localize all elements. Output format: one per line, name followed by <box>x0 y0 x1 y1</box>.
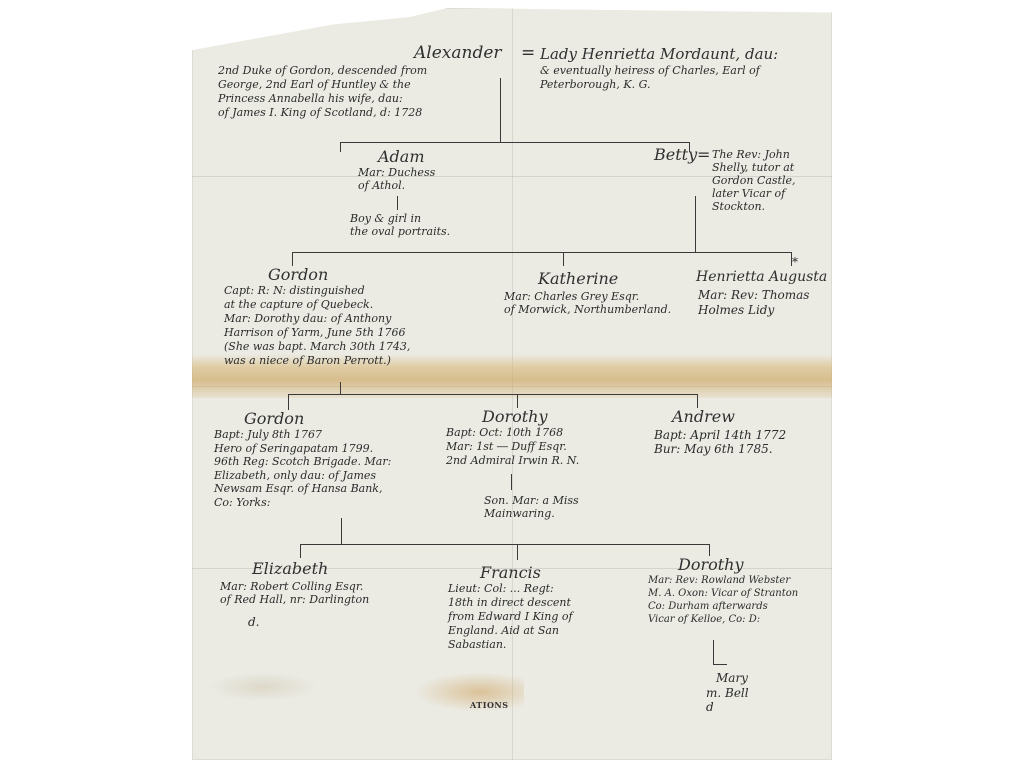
tree-line <box>340 382 341 394</box>
tree-line <box>713 640 714 664</box>
mary-name: Mary <box>716 672 748 685</box>
betty-name: Betty <box>654 146 697 164</box>
andrew-note: Bapt: April 14th 1772 Bur: May 6th 1785. <box>654 428 786 456</box>
gordon-gen3-name: Gordon <box>268 266 328 284</box>
tree-line <box>292 252 293 266</box>
tree-line <box>697 394 698 408</box>
gordon-gen4-note: Bapt: July 8th 1767 Hero of Seringapatam… <box>214 428 391 509</box>
katherine-note: Mar: Charles Grey Esqr. of Morwick, Nort… <box>504 290 671 316</box>
marriage-symbol: = <box>521 44 535 63</box>
adam-child-note: Boy & girl in the oval portraits. <box>350 212 450 238</box>
marriage-symbol: = <box>697 146 710 164</box>
katherine-name: Katherine <box>538 270 618 288</box>
tree-line <box>517 394 518 408</box>
tree-line <box>500 78 501 142</box>
elizabeth-name: Elizabeth <box>252 560 328 578</box>
mary-note: m. Bell d <box>706 686 749 714</box>
tree-line <box>397 196 398 210</box>
alexander-name: Alexander <box>414 44 502 63</box>
henrietta-mordaunt-name: Lady Henrietta Mordaunt, dau: <box>540 45 778 63</box>
betty-spouse: The Rev: John Shelly, tutor at Gordon Ca… <box>712 148 795 213</box>
tree-line <box>517 544 518 560</box>
adam-name: Adam <box>378 148 425 166</box>
faded-stain <box>208 672 318 702</box>
tree-line <box>511 474 512 490</box>
elizabeth-note: Mar: Robert Colling Esqr. of Red Hall, n… <box>220 580 369 606</box>
dorothy-gen4-note: Bapt: Oct: 10th 1768 Mar: 1st ― Duff Esq… <box>446 426 579 468</box>
tree-line <box>563 252 564 266</box>
asterisk-marker: * <box>792 256 798 269</box>
tree-line <box>341 518 342 544</box>
tree-line <box>292 252 792 253</box>
adam-note: Mar: Duchess of Athol. <box>358 166 435 192</box>
tree-line <box>300 544 710 545</box>
tree-line <box>288 394 289 410</box>
dorothy-gen4-child-note: Son. Mar: a Miss Mainwaring. <box>484 494 579 520</box>
henrietta-mordaunt-note: & eventually heiress of Charles, Earl of… <box>540 64 760 92</box>
dorothy-gen4-name: Dorothy <box>482 408 548 426</box>
dorothy-gen5-name: Dorothy <box>678 556 744 574</box>
henrietta-augusta-note: Mar: Rev: Thomas Holmes Lidy <box>698 288 809 318</box>
alexander-note: 2nd Duke of Gordon, descended from Georg… <box>218 64 427 120</box>
document-page: ATIONS Alexander = Lady Henrietta Mordau… <box>0 0 1024 768</box>
francis-note: Lieut: Col: ... Regt: 18th in direct des… <box>448 582 573 652</box>
tree-line <box>340 142 690 143</box>
tree-line <box>713 664 727 665</box>
dorothy-gen5-note: Mar: Rev: Rowland Webster M. A. Oxon: Vi… <box>648 574 798 626</box>
tree-line <box>340 142 341 152</box>
tree-line <box>288 394 698 395</box>
tree-line <box>300 544 301 558</box>
andrew-name: Andrew <box>672 408 735 426</box>
henrietta-augusta-name: Henrietta Augusta <box>696 268 827 286</box>
label-remnant-text: ATIONS <box>470 700 509 710</box>
elizabeth-child-note: d. <box>248 616 260 629</box>
tree-line <box>695 196 696 252</box>
gordon-gen4-name: Gordon <box>244 410 304 428</box>
francis-name: Francis <box>480 564 541 582</box>
gordon-gen3-note: Capt: R: N: distinguished at the capture… <box>224 284 410 368</box>
